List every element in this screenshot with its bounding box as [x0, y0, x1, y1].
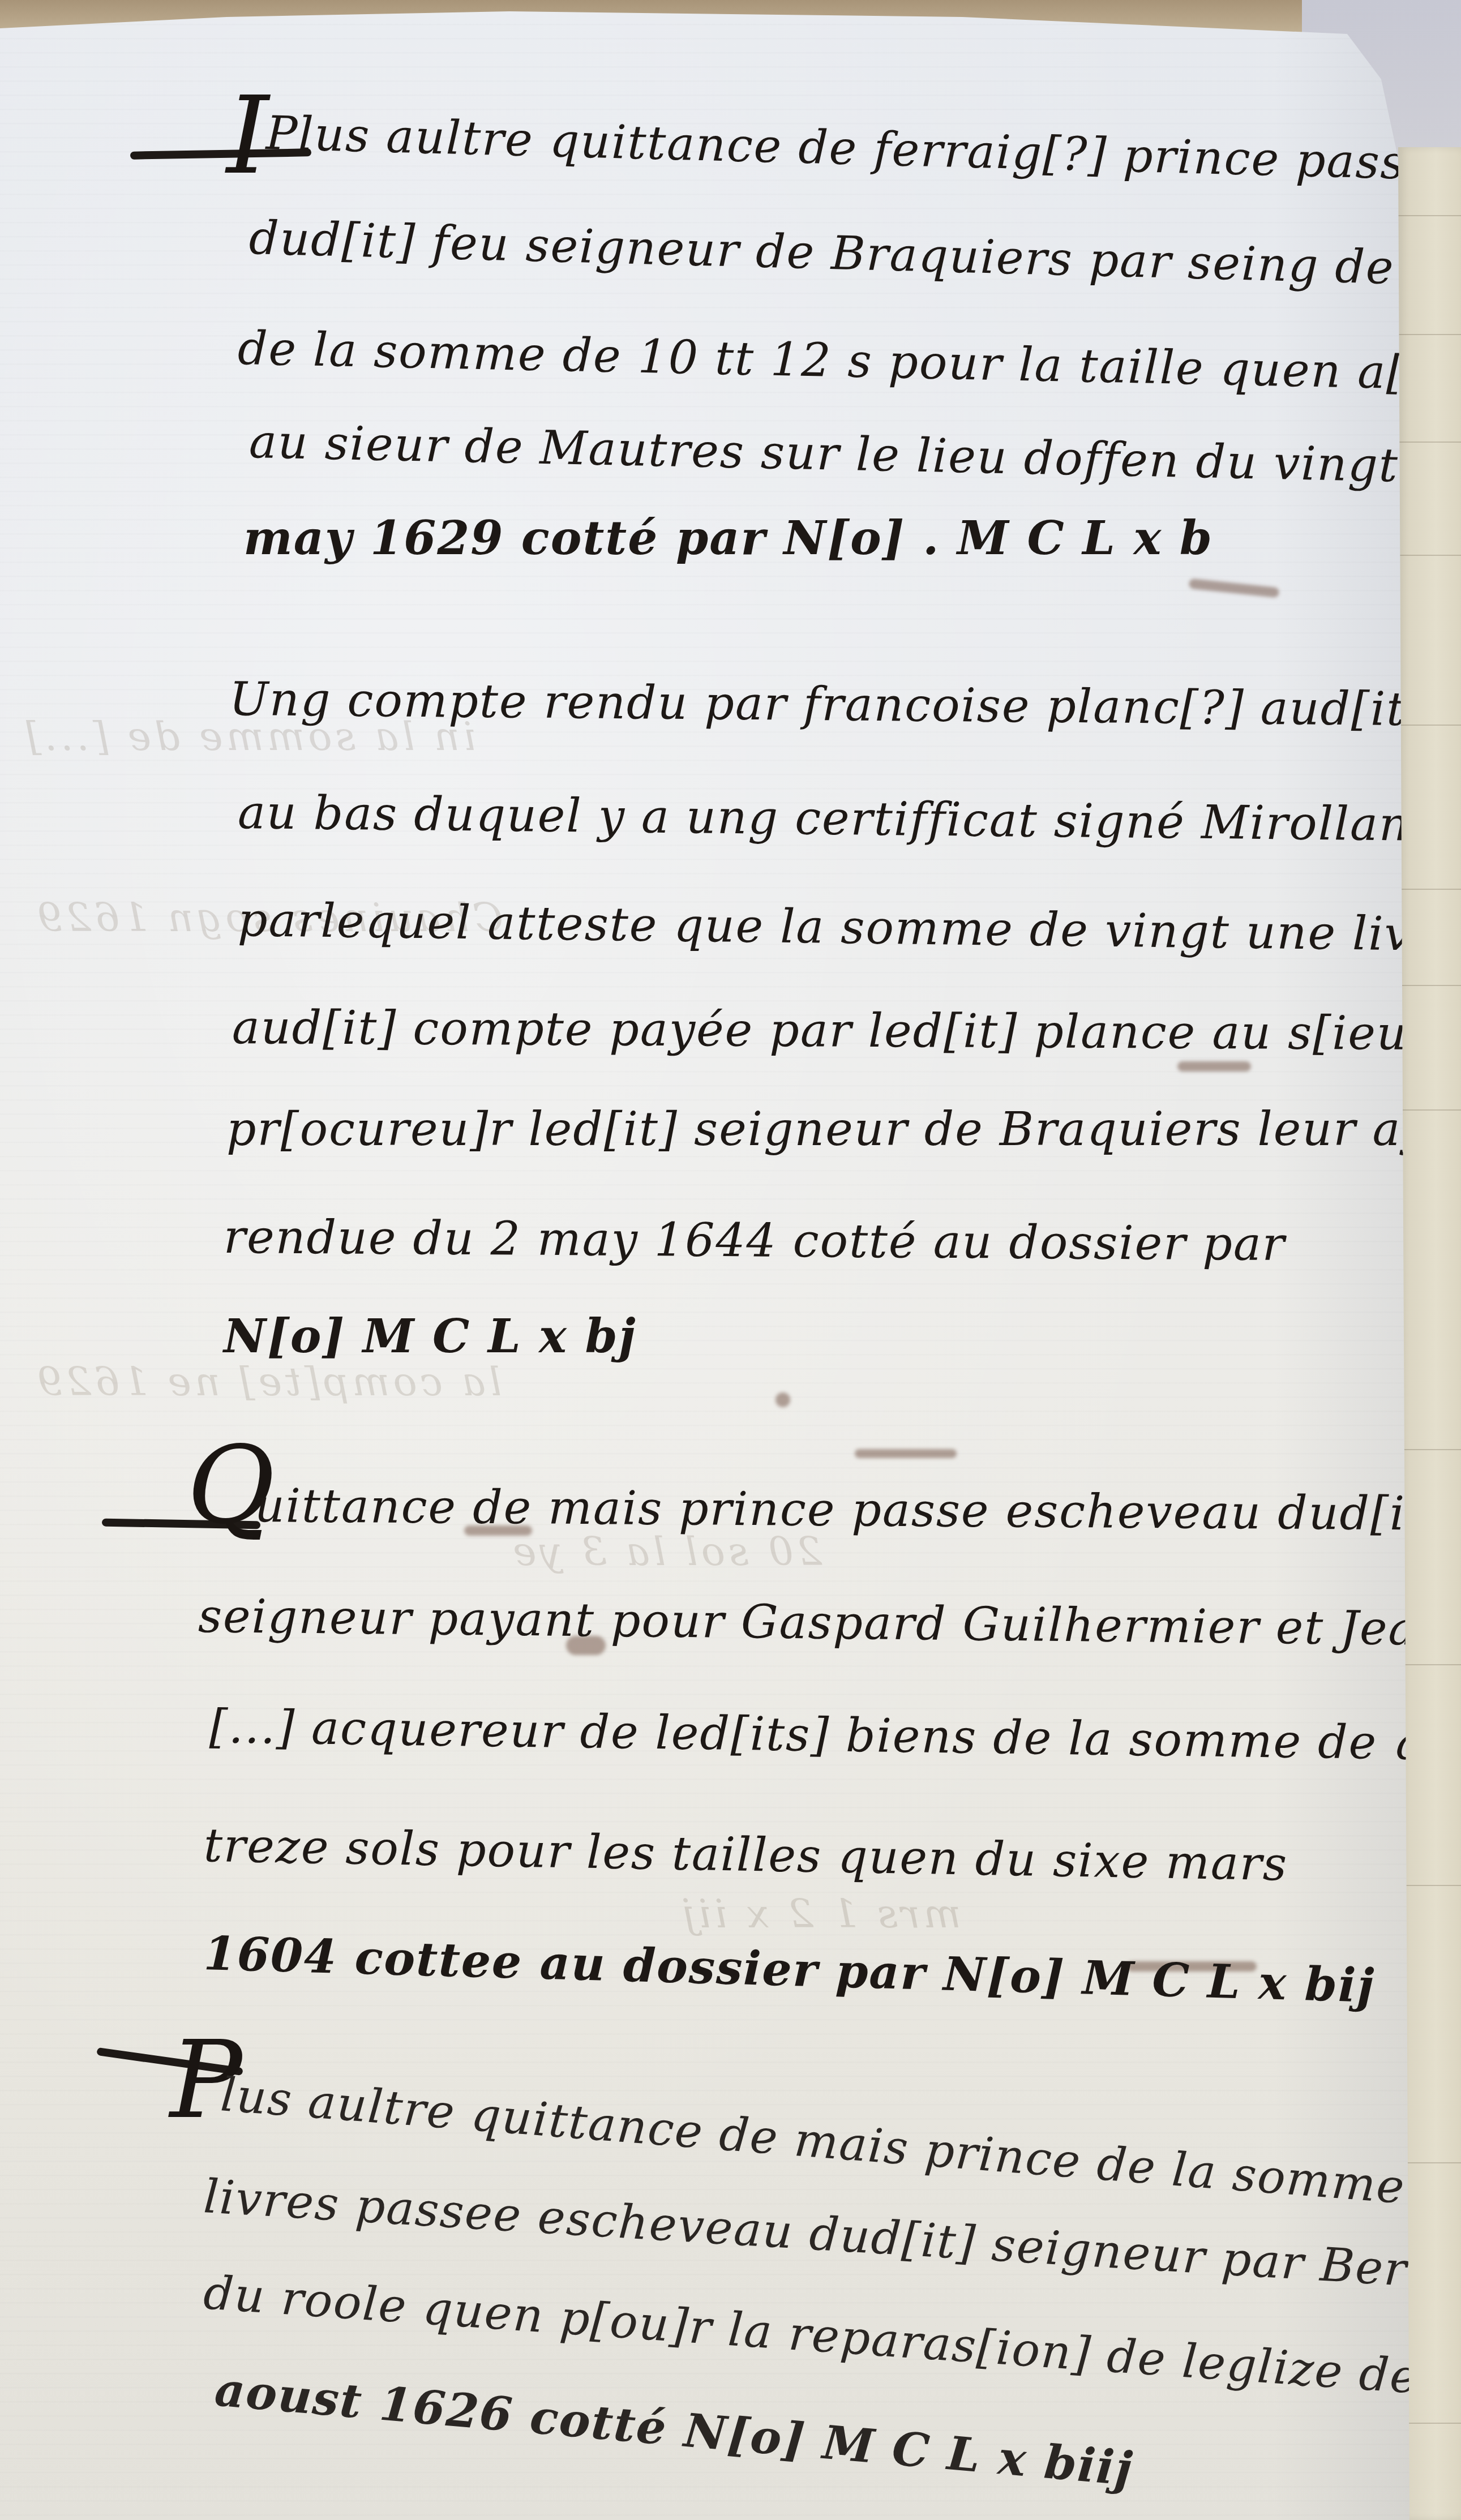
manuscript-line: rendue du 2 may 1644 cotté au dossier pa…	[224, 1214, 1286, 1268]
manuscript-line: au sieur de Mautres sur le lieu doffen d…	[249, 419, 1399, 490]
manuscript-line: seigneur payant pour Gaspard Guilhermier…	[198, 1593, 1461, 1655]
ink-stain	[1177, 1061, 1251, 1072]
manuscript-line-reference: may 1629 cotté par N[o] . M C L x b	[243, 515, 1213, 562]
manuscript-line: treze sols pour les tailles quen du sixe…	[203, 1823, 1288, 1888]
manuscript-line: pr[ocureu]r led[it] seigneur de Braquier…	[226, 1107, 1461, 1153]
manuscript-line: uittance de mais prince passe escheveau …	[255, 1483, 1461, 1538]
ink-blot	[776, 1392, 790, 1407]
manuscript-line: aud[it] compte payée par led[it] plance …	[232, 1005, 1461, 1058]
manuscript-line-reference: N[o] M C L x bj	[224, 1313, 637, 1360]
manuscript-line: parlequel atteste que la somme de vingt …	[237, 897, 1461, 960]
manuscript-line: Ung compte rendu par francoise planc[?] …	[229, 676, 1461, 735]
photo-scene: in la somme de [...] Chauines sogn 1629 …	[0, 0, 1461, 2520]
manuscript-line-reference: 1604 cottee au dossier par N[o] M C L x …	[203, 1930, 1376, 2009]
ink-stain	[855, 1449, 957, 1458]
ink-stain	[1188, 578, 1279, 598]
bleed-through-text: la comp[te] ne 1629	[34, 1358, 502, 1405]
entry-initial: I	[226, 82, 269, 190]
bleed-through-text: mrs 1 2 x iij	[679, 1891, 961, 1937]
manuscript-folio: in la somme de [...] Chauines sogn 1629 …	[0, 11, 1409, 2520]
manuscript-line-reference: aoust 1626 cotté N[o] M C L x biij	[213, 2366, 1135, 2493]
manuscript-line: au bas duquel y a ung certifficat signé …	[238, 790, 1441, 848]
